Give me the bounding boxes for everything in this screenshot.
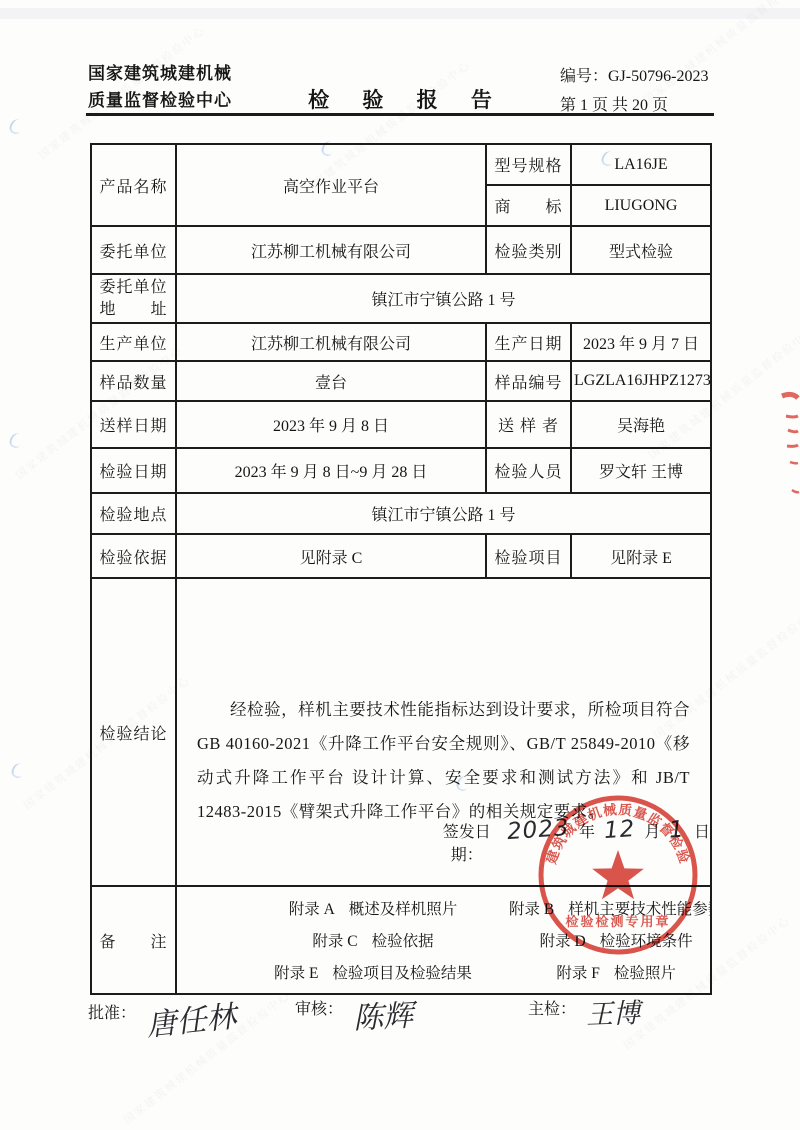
watermark-logo-icon (8, 432, 24, 450)
manufacturer-label: 生产单位 (91, 323, 176, 361)
approve-signature: 唐任林 (144, 991, 238, 1044)
client-address-label: 委托单位 地 址 (91, 274, 176, 323)
items-value: 见附录 E (571, 534, 711, 578)
appendix-item: 附录 E检验项目及检验结果 (237, 961, 509, 983)
review-group: 审核： 陈辉 (295, 996, 413, 1036)
deliverer-value: 吴海艳 (571, 401, 711, 448)
prod-date-value: 2023 年 9 月 7 日 (571, 323, 711, 361)
sign-date-label: 签发日期： (435, 819, 498, 865)
table-row: 委托单位 地 址 镇江市宁镇公路 1 号 (91, 274, 711, 323)
edge-stamp-fragment (774, 390, 800, 500)
inspect-date-value: 2023 年 9 月 8 日~9 月 28 日 (176, 448, 486, 493)
report-info-table: 产品名称 高空作业平台 型号规格 LA16JE 商 标 LIUGONG 委托单位… (90, 143, 712, 995)
model-label: 型号规格 (486, 144, 571, 185)
inspectors-label: 检验人员 (486, 448, 571, 493)
remark-cell: 附录 A概述及样机照片 附录 B样机主要技术性能参数 附录 C检验依据 附录 D… (176, 886, 711, 994)
review-signature: 陈辉 (352, 990, 414, 1037)
review-label: 审核： (295, 996, 343, 1019)
conclusion-text: 经检验，样机主要技术性能指标达到设计要求，所检项目符合 GB 40160-202… (197, 693, 690, 829)
report-page: 国家建筑城建机械质量监督检验中心 国家建筑城建机械质量监督检验中心 国家建筑城建… (0, 0, 800, 1130)
product-name-label: 产品名称 (91, 144, 176, 226)
watermark-logo-icon (10, 762, 26, 780)
basis-value: 见附录 C (176, 534, 486, 578)
inspectors-value: 罗文轩 王博 (571, 448, 711, 493)
table-row: 产品名称 高空作业平台 型号规格 LA16JE (91, 144, 711, 185)
remark-label: 备 注 (91, 886, 176, 994)
chief-label: 主检： (528, 996, 576, 1019)
appendix-list: 附录 A概述及样机照片 附录 B样机主要技术性能参数 附录 C检验依据 附录 D… (179, 887, 708, 993)
sign-date-year-handwritten: 2023 (507, 815, 571, 845)
model-value: LA16JE (571, 144, 711, 185)
header-right-block: 编号：GJ-50796-2023 第 1 页 共 20 页 (560, 62, 708, 120)
delivery-date-label: 送样日期 (91, 401, 176, 448)
client-value: 江苏柳工机械有限公司 (176, 226, 486, 274)
org-name-line1: 国家建筑城建机械 (88, 60, 232, 87)
watermark-logo-icon (8, 118, 24, 136)
signature-row: 批准： 唐任林 审核： 陈辉 主检： 王博 (0, 992, 800, 1062)
chief-signature: 王博 (585, 991, 640, 1032)
manufacturer-value: 江苏柳工机械有限公司 (176, 323, 486, 361)
sign-date-month-handwritten: 12 (603, 816, 636, 844)
month-char: 月 (644, 819, 660, 842)
product-name-value: 高空作业平台 (176, 144, 486, 226)
table-row: 送样日期 2023 年 9 月 8 日 送 样 者 吴海艳 (91, 401, 711, 448)
table-row: 检验依据 见附录 C 检验项目 见附录 E (91, 534, 711, 578)
appendix-item: 附录 B样机主要技术性能参数 (509, 897, 711, 919)
header-rule (86, 113, 714, 116)
table-row: 样品数量 壹台 样品编号 LGZLA16JHPZ127322 (91, 361, 711, 401)
deliverer-label: 送 样 者 (486, 401, 571, 448)
conclusion-label: 检验结论 (91, 578, 176, 886)
sample-no-label: 样品编号 (486, 361, 571, 401)
client-address-value: 镇江市宁镇公路 1 号 (176, 274, 711, 323)
appendix-item: 附录 D检验环境条件 (509, 929, 711, 951)
table-row: 检验地点 镇江市宁镇公路 1 号 (91, 493, 711, 534)
table-row: 备 注 附录 A概述及样机照片 附录 B样机主要技术性能参数 附录 C检验依据 … (91, 886, 711, 994)
sample-no-value: LGZLA16JHPZ127322 (571, 361, 711, 401)
scan-artifact-band (0, 8, 800, 19)
conclusion-cell: 经检验，样机主要技术性能指标达到设计要求，所检项目符合 GB 40160-202… (176, 578, 711, 886)
table-row: 检验结论 经检验，样机主要技术性能指标达到设计要求，所检项目符合 GB 4016… (91, 578, 711, 886)
appendix-item: 附录 C检验依据 (237, 929, 509, 951)
location-label: 检验地点 (91, 493, 176, 534)
inspect-date-label: 检验日期 (91, 448, 176, 493)
sign-date-line: 签发日期： 2023 年 12 月 1 日 (435, 817, 710, 865)
delivery-date-value: 2023 年 9 月 8 日 (176, 401, 486, 448)
sign-date-day-handwritten: 1 (668, 816, 685, 843)
appendix-item: 附录 A概述及样机照片 (237, 897, 509, 919)
prod-date-label: 生产日期 (486, 323, 571, 361)
report-number: 编号：GJ-50796-2023 (560, 62, 708, 91)
client-label: 委托单位 (91, 226, 176, 274)
year-char: 年 (579, 819, 595, 842)
approve-group: 批准： 唐任林 (88, 1000, 236, 1040)
items-label: 检验项目 (486, 534, 571, 578)
table-row: 委托单位 江苏柳工机械有限公司 检验类别 型式检验 (91, 226, 711, 274)
sample-qty-label: 样品数量 (91, 361, 176, 401)
trademark-label: 商 标 (486, 185, 571, 226)
location-value: 镇江市宁镇公路 1 号 (176, 493, 711, 534)
inspection-type-value: 型式检验 (571, 226, 711, 274)
appendix-item: 附录 F检验照片 (509, 961, 711, 983)
table-row: 检验日期 2023 年 9 月 8 日~9 月 28 日 检验人员 罗文轩 王博 (91, 448, 711, 493)
inspection-type-label: 检验类别 (486, 226, 571, 274)
table-row: 生产单位 江苏柳工机械有限公司 生产日期 2023 年 9 月 7 日 (91, 323, 711, 361)
trademark-value: LIUGONG (571, 185, 711, 226)
sample-qty-value: 壹台 (176, 361, 486, 401)
day-char: 日 (694, 819, 710, 842)
chief-group: 主检： 王博 (528, 996, 640, 1031)
basis-label: 检验依据 (91, 534, 176, 578)
approve-label: 批准： (88, 1000, 136, 1023)
